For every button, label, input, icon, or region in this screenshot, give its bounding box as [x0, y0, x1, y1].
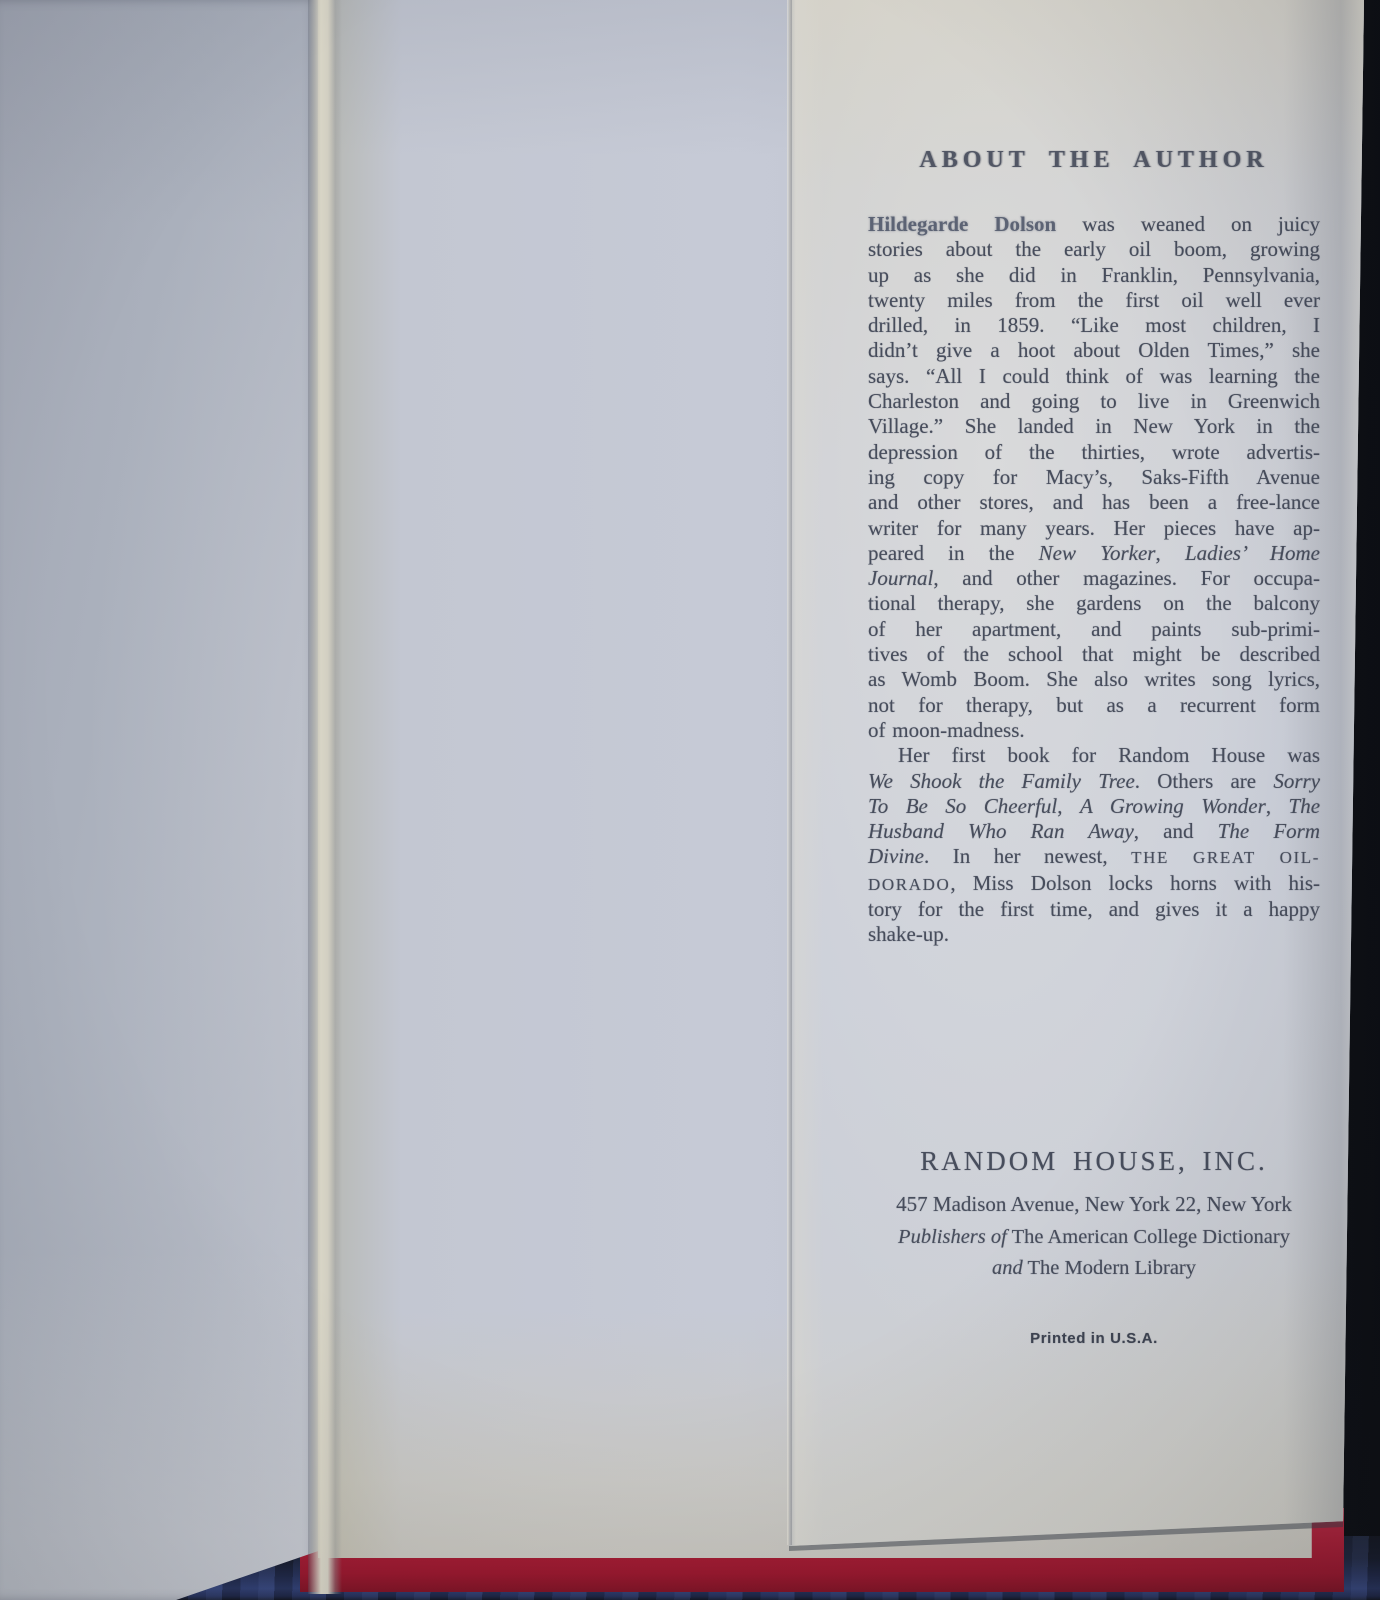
about-text-line: twenty miles from the first oil well eve… [868, 288, 1320, 313]
text-segment: as Womb Boom. She also writes song lyric… [868, 667, 1320, 691]
text-segment: ing copy for Macy’s, Saks-Fifth Avenue [868, 465, 1320, 489]
about-text-line: writer for many years. Her pieces have a… [868, 516, 1320, 541]
text-segment: , and [1134, 819, 1218, 843]
text-segment: The American College Dictionary [1007, 1226, 1290, 1248]
text-segment: Ladies’ Home [1185, 541, 1320, 565]
text-segment: was weaned on juicy [1056, 212, 1320, 236]
text-segment: THE GREAT OIL- [1131, 848, 1320, 867]
about-text-line: Her first book for Random House was [868, 743, 1320, 768]
left-endpaper-page [0, 0, 320, 1600]
text-segment: The Form [1218, 819, 1320, 843]
text-segment: , [1266, 794, 1289, 818]
text-segment: and other stores, and has been a free-la… [868, 490, 1320, 514]
publisher-name: RANDOM HOUSE, INC. [868, 1146, 1320, 1177]
about-text-line: tional therapy, she gardens on the balco… [868, 591, 1320, 616]
about-text-line: tives of the school that might be descri… [868, 642, 1320, 667]
publisher-block: RANDOM HOUSE, INC. 457 Madison Avenue, N… [868, 1146, 1320, 1288]
text-segment: depression of the thirties, wrote advert… [868, 440, 1320, 464]
text-segment: writer for many years. Her pieces have a… [868, 516, 1320, 540]
text-segment: Her first book for Random House was [898, 743, 1320, 767]
text-segment: . In her newest, [924, 844, 1131, 868]
text-segment: twenty miles from the first oil well eve… [868, 288, 1320, 312]
text-segment: We Shook the Family Tree [868, 769, 1135, 793]
text-segment: shake-up. [868, 922, 949, 946]
text-segment: tional therapy, she gardens on the balco… [868, 591, 1320, 615]
about-text-block: Hildegarde Dolson was weaned on juicysto… [868, 212, 1320, 948]
text-segment: Husband Who Ran Away [868, 819, 1134, 843]
text-segment: Village.” She landed in New York in the [868, 414, 1320, 438]
text-segment: up as she did in Franklin, Pennsylvania, [868, 263, 1320, 287]
text-segment: tory for the first time, and gives it a … [868, 897, 1320, 921]
text-segment: The Modern Library [1023, 1257, 1196, 1279]
about-text-line: as Womb Boom. She also writes song lyric… [868, 667, 1320, 692]
text-segment: Publishers of [898, 1226, 1007, 1248]
gutter-fold-highlight [308, 0, 342, 1594]
book-photo: ABOUT THE AUTHOR Hildegarde Dolson was w… [0, 0, 1380, 1600]
text-segment: Hildegarde Dolson [868, 212, 1056, 236]
about-text-line: and other stores, and has been a free-la… [868, 490, 1320, 515]
text-segment: A Growing Wonder [1080, 794, 1266, 818]
text-segment: The [1289, 794, 1321, 818]
about-text-line: tory for the first time, and gives it a … [868, 897, 1320, 922]
about-text-line: Charleston and going to live in Greenwic… [868, 389, 1320, 414]
about-text-line: Hildegarde Dolson was weaned on juicy [868, 212, 1320, 237]
about-text-line: drilled, in 1859. “Like most children, I [868, 313, 1320, 338]
about-text-line: shake-up. [868, 922, 1320, 947]
text-segment: Sorry [1273, 769, 1320, 793]
text-segment: says. “All I could think of was learning… [868, 364, 1320, 388]
about-text-line: depression of the thirties, wrote advert… [868, 440, 1320, 465]
text-segment: tives of the school that might be descri… [868, 642, 1320, 666]
text-segment: peared in the [868, 541, 1039, 565]
about-text-line: stories about the early oil boom, growin… [868, 237, 1320, 262]
text-segment: DORADO [868, 875, 950, 894]
dust-jacket-flap: ABOUT THE AUTHOR Hildegarde Dolson was w… [789, 0, 1364, 1546]
about-text-line: not for therapy, but as a recurrent form [868, 693, 1320, 718]
text-segment: , [1155, 541, 1184, 565]
text-segment: of moon-madness. [868, 718, 1025, 742]
text-segment: Divine [868, 844, 924, 868]
text-segment: . Others are [1135, 769, 1274, 793]
printed-in-usa: Printed in U.S.A. [868, 1330, 1320, 1347]
about-text-line: ing copy for Macy’s, Saks-Fifth Avenue [868, 465, 1320, 490]
about-text-line: of moon-madness. [868, 718, 1320, 743]
about-text-line: says. “All I could think of was learning… [868, 364, 1320, 389]
publisher-address: 457 Madison Avenue, New York 22, New Yor… [868, 1192, 1320, 1217]
text-segment: Charleston and going to live in Greenwic… [868, 389, 1320, 413]
text-segment: New Yorker [1039, 541, 1156, 565]
about-text-line: DORADO, Miss Dolson locks horns with his… [868, 871, 1320, 897]
about-text-line: We Shook the Family Tree. Others are Sor… [868, 769, 1320, 794]
about-text-line: To Be So Cheerful, A Growing Wonder, The [868, 794, 1320, 819]
about-text-line: of her apartment, and paints sub-primi- [868, 617, 1320, 642]
text-segment: didn’t give a hoot about Olden Times,” s… [868, 338, 1320, 362]
text-segment: of her apartment, and paints sub-primi- [868, 617, 1320, 641]
about-text-line: Husband Who Ran Away, and The Form [868, 819, 1320, 844]
publisher-imprint-line: Publishers of The American College Dicti… [868, 1226, 1320, 1249]
about-text-line: peared in the New Yorker, Ladies’ Home [868, 541, 1320, 566]
about-text-line: Village.” She landed in New York in the [868, 414, 1320, 439]
text-segment: and [992, 1257, 1023, 1279]
text-segment: stories about the early oil boom, growin… [868, 237, 1320, 261]
publisher-imprint-line: and The Modern Library [868, 1257, 1320, 1280]
text-segment: , and other magazines. For occupa- [933, 566, 1320, 590]
text-segment: To Be So Cheerful [868, 794, 1057, 818]
about-heading: ABOUT THE AUTHOR [868, 147, 1320, 174]
text-segment: not for therapy, but as a recurrent form [868, 693, 1320, 717]
about-text-line: Journal, and other magazines. For occupa… [868, 566, 1320, 591]
text-segment: Journal [868, 566, 933, 590]
about-text-line: Divine. In her newest, THE GREAT OIL- [868, 844, 1320, 870]
about-text-line: up as she did in Franklin, Pennsylvania, [868, 263, 1320, 288]
flap-fold-crease [787, 0, 792, 1545]
text-segment: , [1057, 794, 1080, 818]
text-segment: , Miss Dolson locks horns with his- [950, 871, 1320, 895]
text-segment: drilled, in 1859. “Like most children, I [868, 313, 1320, 337]
about-text-line: didn’t give a hoot about Olden Times,” s… [868, 338, 1320, 363]
